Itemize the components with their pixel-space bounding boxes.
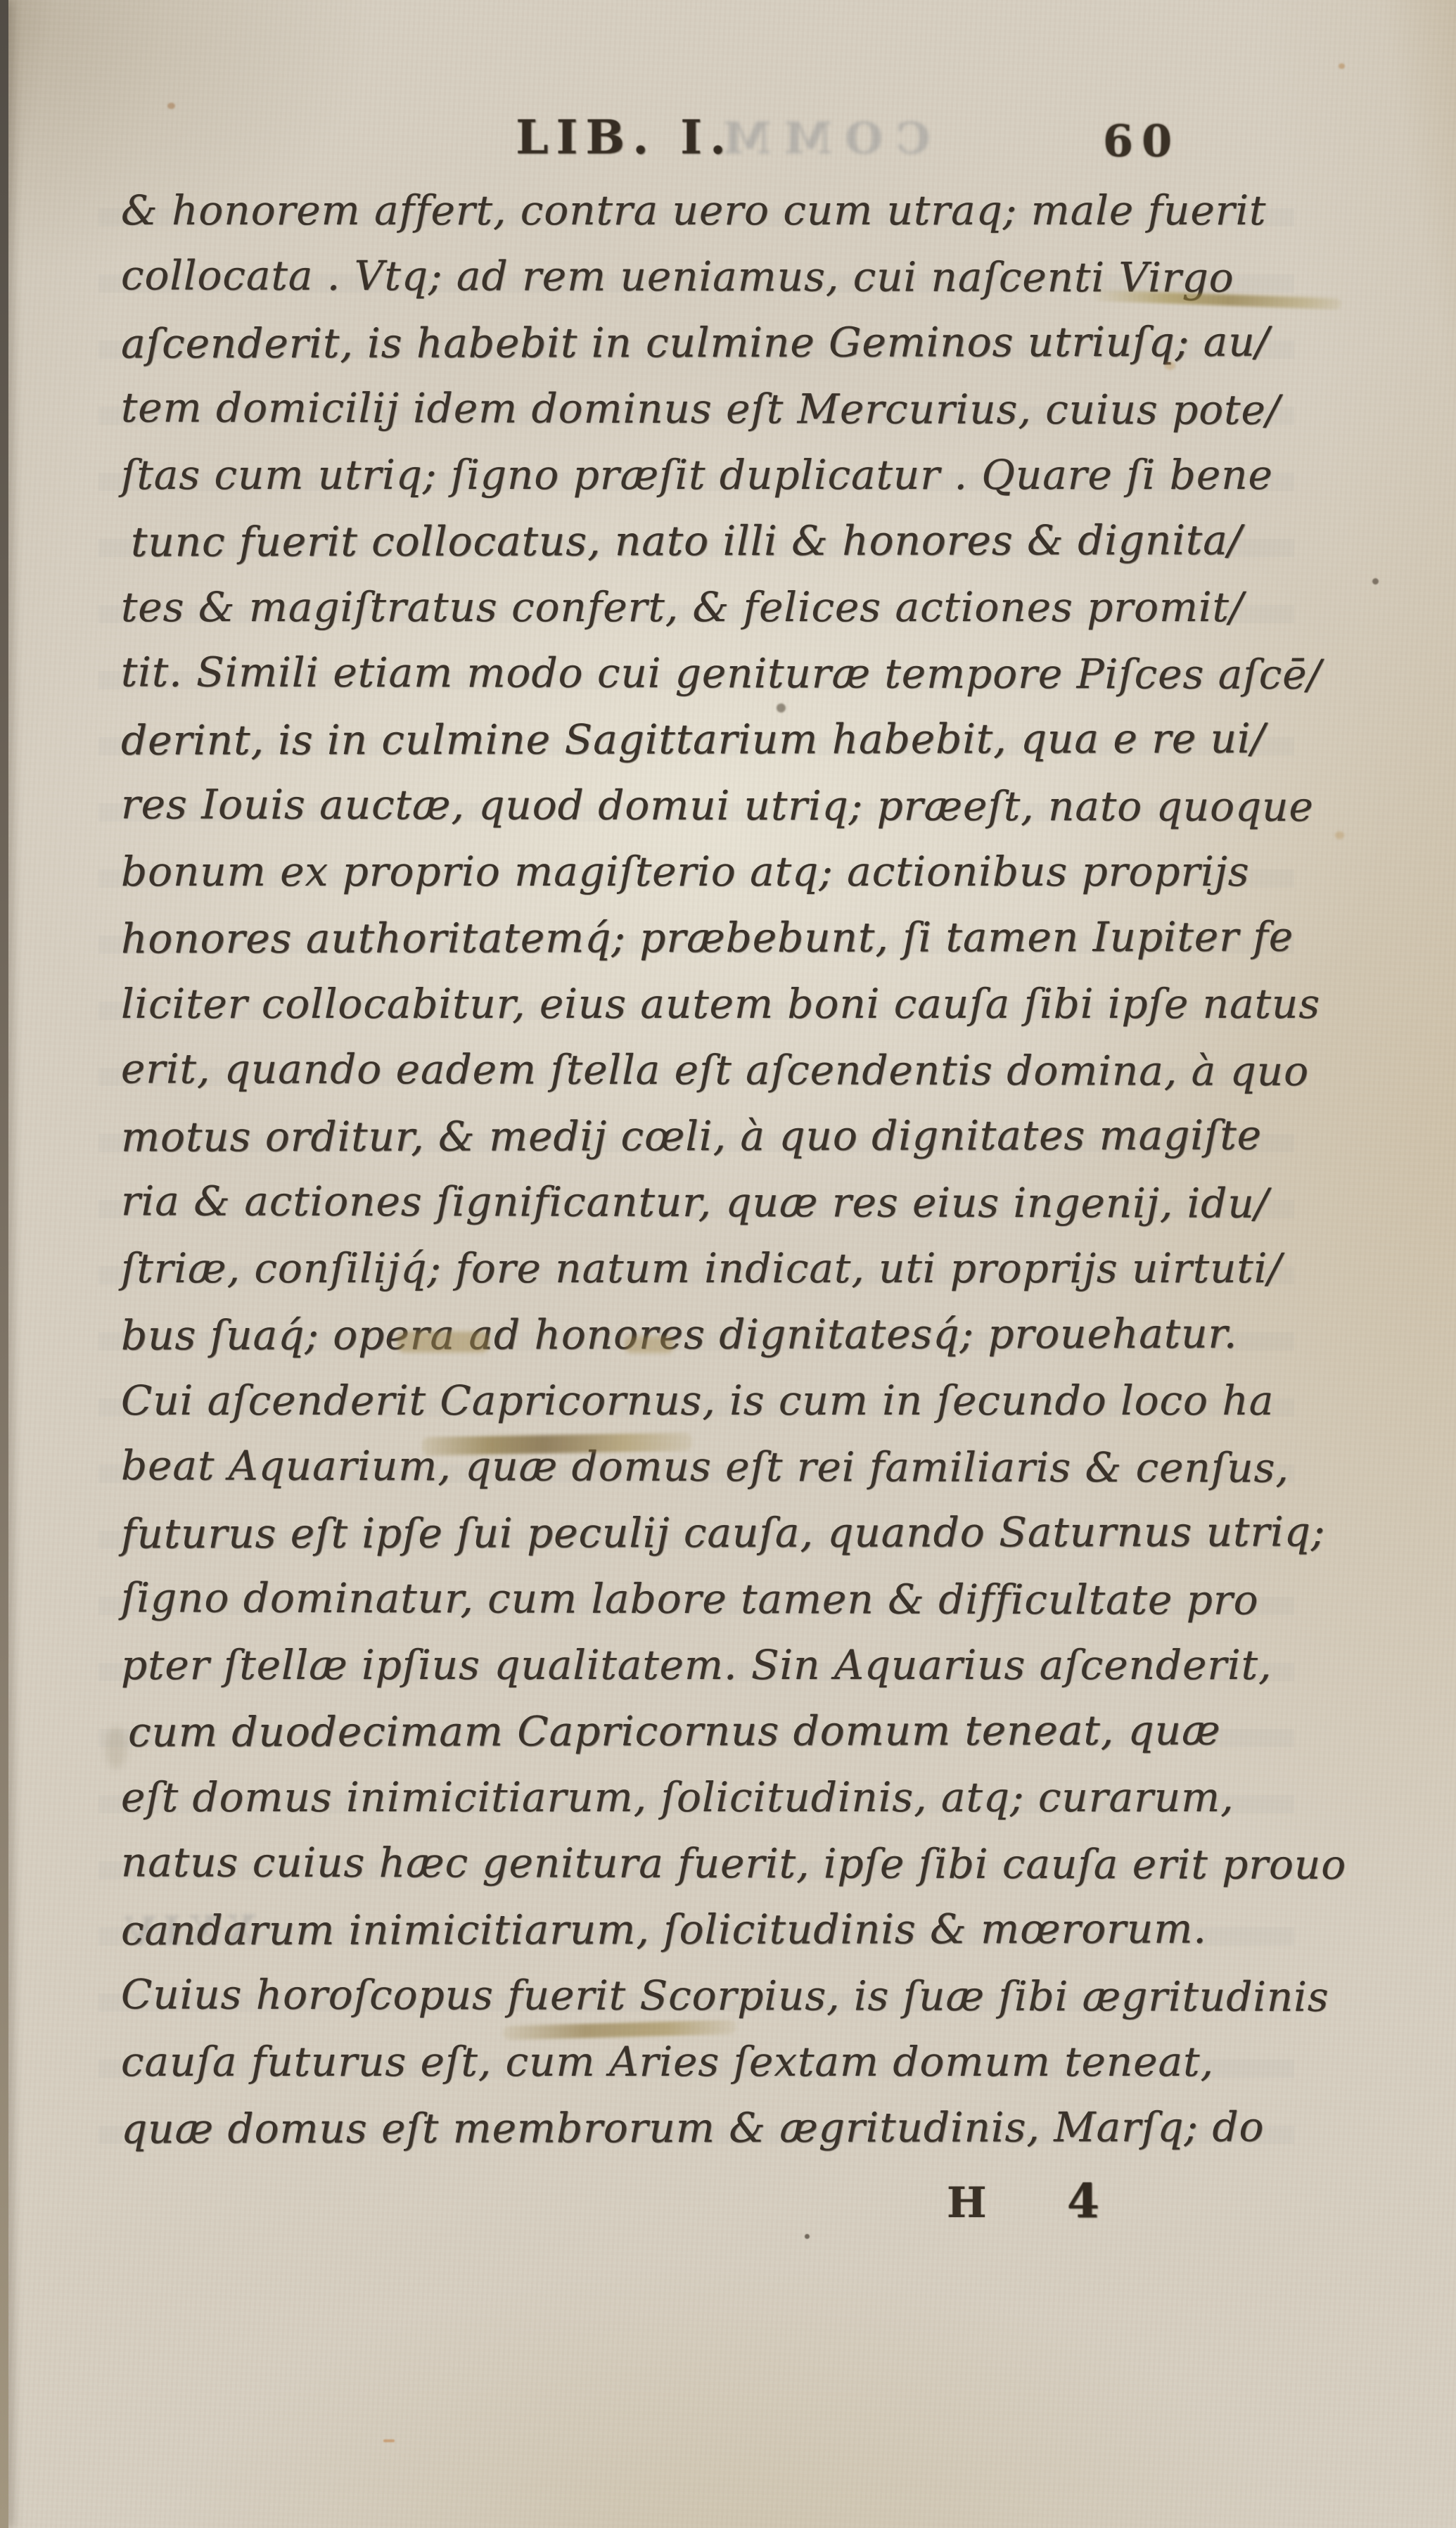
text-line: natus cuius hæc genitura fuerit, ipſe ſi…: [121, 1829, 1255, 1897]
signature-numeral: 4: [1067, 2173, 1099, 2228]
text-line: motus orditur, & medij cœli, à quo digni…: [121, 1102, 1255, 1170]
text-line: pter ſtellæ ipſius qualitatem. Sin Aquar…: [121, 1632, 1255, 1698]
text-block: & honorem affert, contra uero cum utraq;…: [121, 177, 1255, 2161]
book-page-scan: COMM XXIV LIB. I. 60 & honorem affert, c…: [0, 0, 1456, 2528]
stain-speck: [1339, 63, 1345, 69]
ink-spot: [805, 2234, 810, 2239]
text-line: liciter collocabitur, eius autem boni ca…: [121, 971, 1255, 1037]
text-line: futurus eſt ipſe ſui peculij cauſa, quan…: [121, 1499, 1255, 1567]
text-line: bus ſuaq́; opera ad honores dignitatesq́…: [121, 1301, 1255, 1369]
text-line: & honorem affert, contra uero cum utraq;…: [121, 177, 1255, 243]
text-line: derint, is in culmine Sagittarium habebi…: [121, 706, 1255, 774]
text-line: collocata . Vtq; ad rem ueniamus, cui na…: [121, 242, 1255, 310]
ink-spot: [1372, 578, 1379, 585]
text-line: quæ domus eſt membrorum & ægritudinis, M…: [121, 2094, 1255, 2162]
text-line: tunc fuerit collocatus, nato illi & hono…: [121, 507, 1255, 575]
signature-mark: H4: [947, 2173, 1099, 2228]
stain-speck: [1335, 831, 1344, 839]
text-line: bonum ex proprio magiſterio atq; actioni…: [121, 838, 1255, 905]
text-line: erit, quando eadem ſtella eſt aſcendenti…: [121, 1035, 1255, 1104]
text-line: res Iouis auctæ, quod domui utriq; præeſ…: [121, 771, 1255, 839]
text-line: ſtas cum utriq; ſigno præſit duplicatur …: [121, 442, 1255, 508]
text-line: cauſa futurus eſt, cum Aries ſextam domu…: [121, 2029, 1255, 2095]
signature-letter: H: [947, 2178, 988, 2228]
text-line: aſcenderit, is habebit in culmine Gemino…: [121, 309, 1255, 377]
text-line: Cui aſcenderit Capricornus, is cum in ſe…: [121, 1367, 1255, 1434]
showthrough-text-top: COMM: [710, 113, 931, 164]
page-number: 60: [1103, 115, 1180, 167]
text-line: honores authoritatemq́; præbebunt, ſi ta…: [121, 904, 1255, 972]
text-line: cum duodecimam Capricornus domum teneat,…: [121, 1697, 1255, 1766]
text-line: tes & magiſtratus confert, & felices act…: [121, 574, 1255, 640]
running-title: LIB. I.: [512, 110, 737, 165]
text-line: beat Aquarium, quæ domus eſt rei familia…: [121, 1432, 1255, 1500]
binding-edge: [0, 0, 8, 2528]
text-line: Cuius horoſcopus fuerit Scorpius, is ſuæ…: [121, 1961, 1255, 2029]
text-line: ſigno dominatur, cum labore tamen & diff…: [121, 1564, 1255, 1633]
text-line: candarum inimicitiarum, ſolicitudinis & …: [121, 1896, 1255, 1964]
text-line: ſtriæ, conſilijq́; fore natum indicat, u…: [121, 1235, 1255, 1301]
text-line: ria & actiones ſignificantur, quæ res ei…: [121, 1168, 1255, 1236]
text-line: tem domicilij idem dominus eſt Mercurius…: [121, 374, 1255, 442]
stain-speck: [167, 103, 175, 109]
paper-fiber: [383, 2439, 395, 2442]
text-line: tit. Simili etiam modo cui genituræ temp…: [121, 639, 1255, 707]
text-line: eſt domus inimicitiarum, ſolicitudinis, …: [121, 1764, 1255, 1830]
